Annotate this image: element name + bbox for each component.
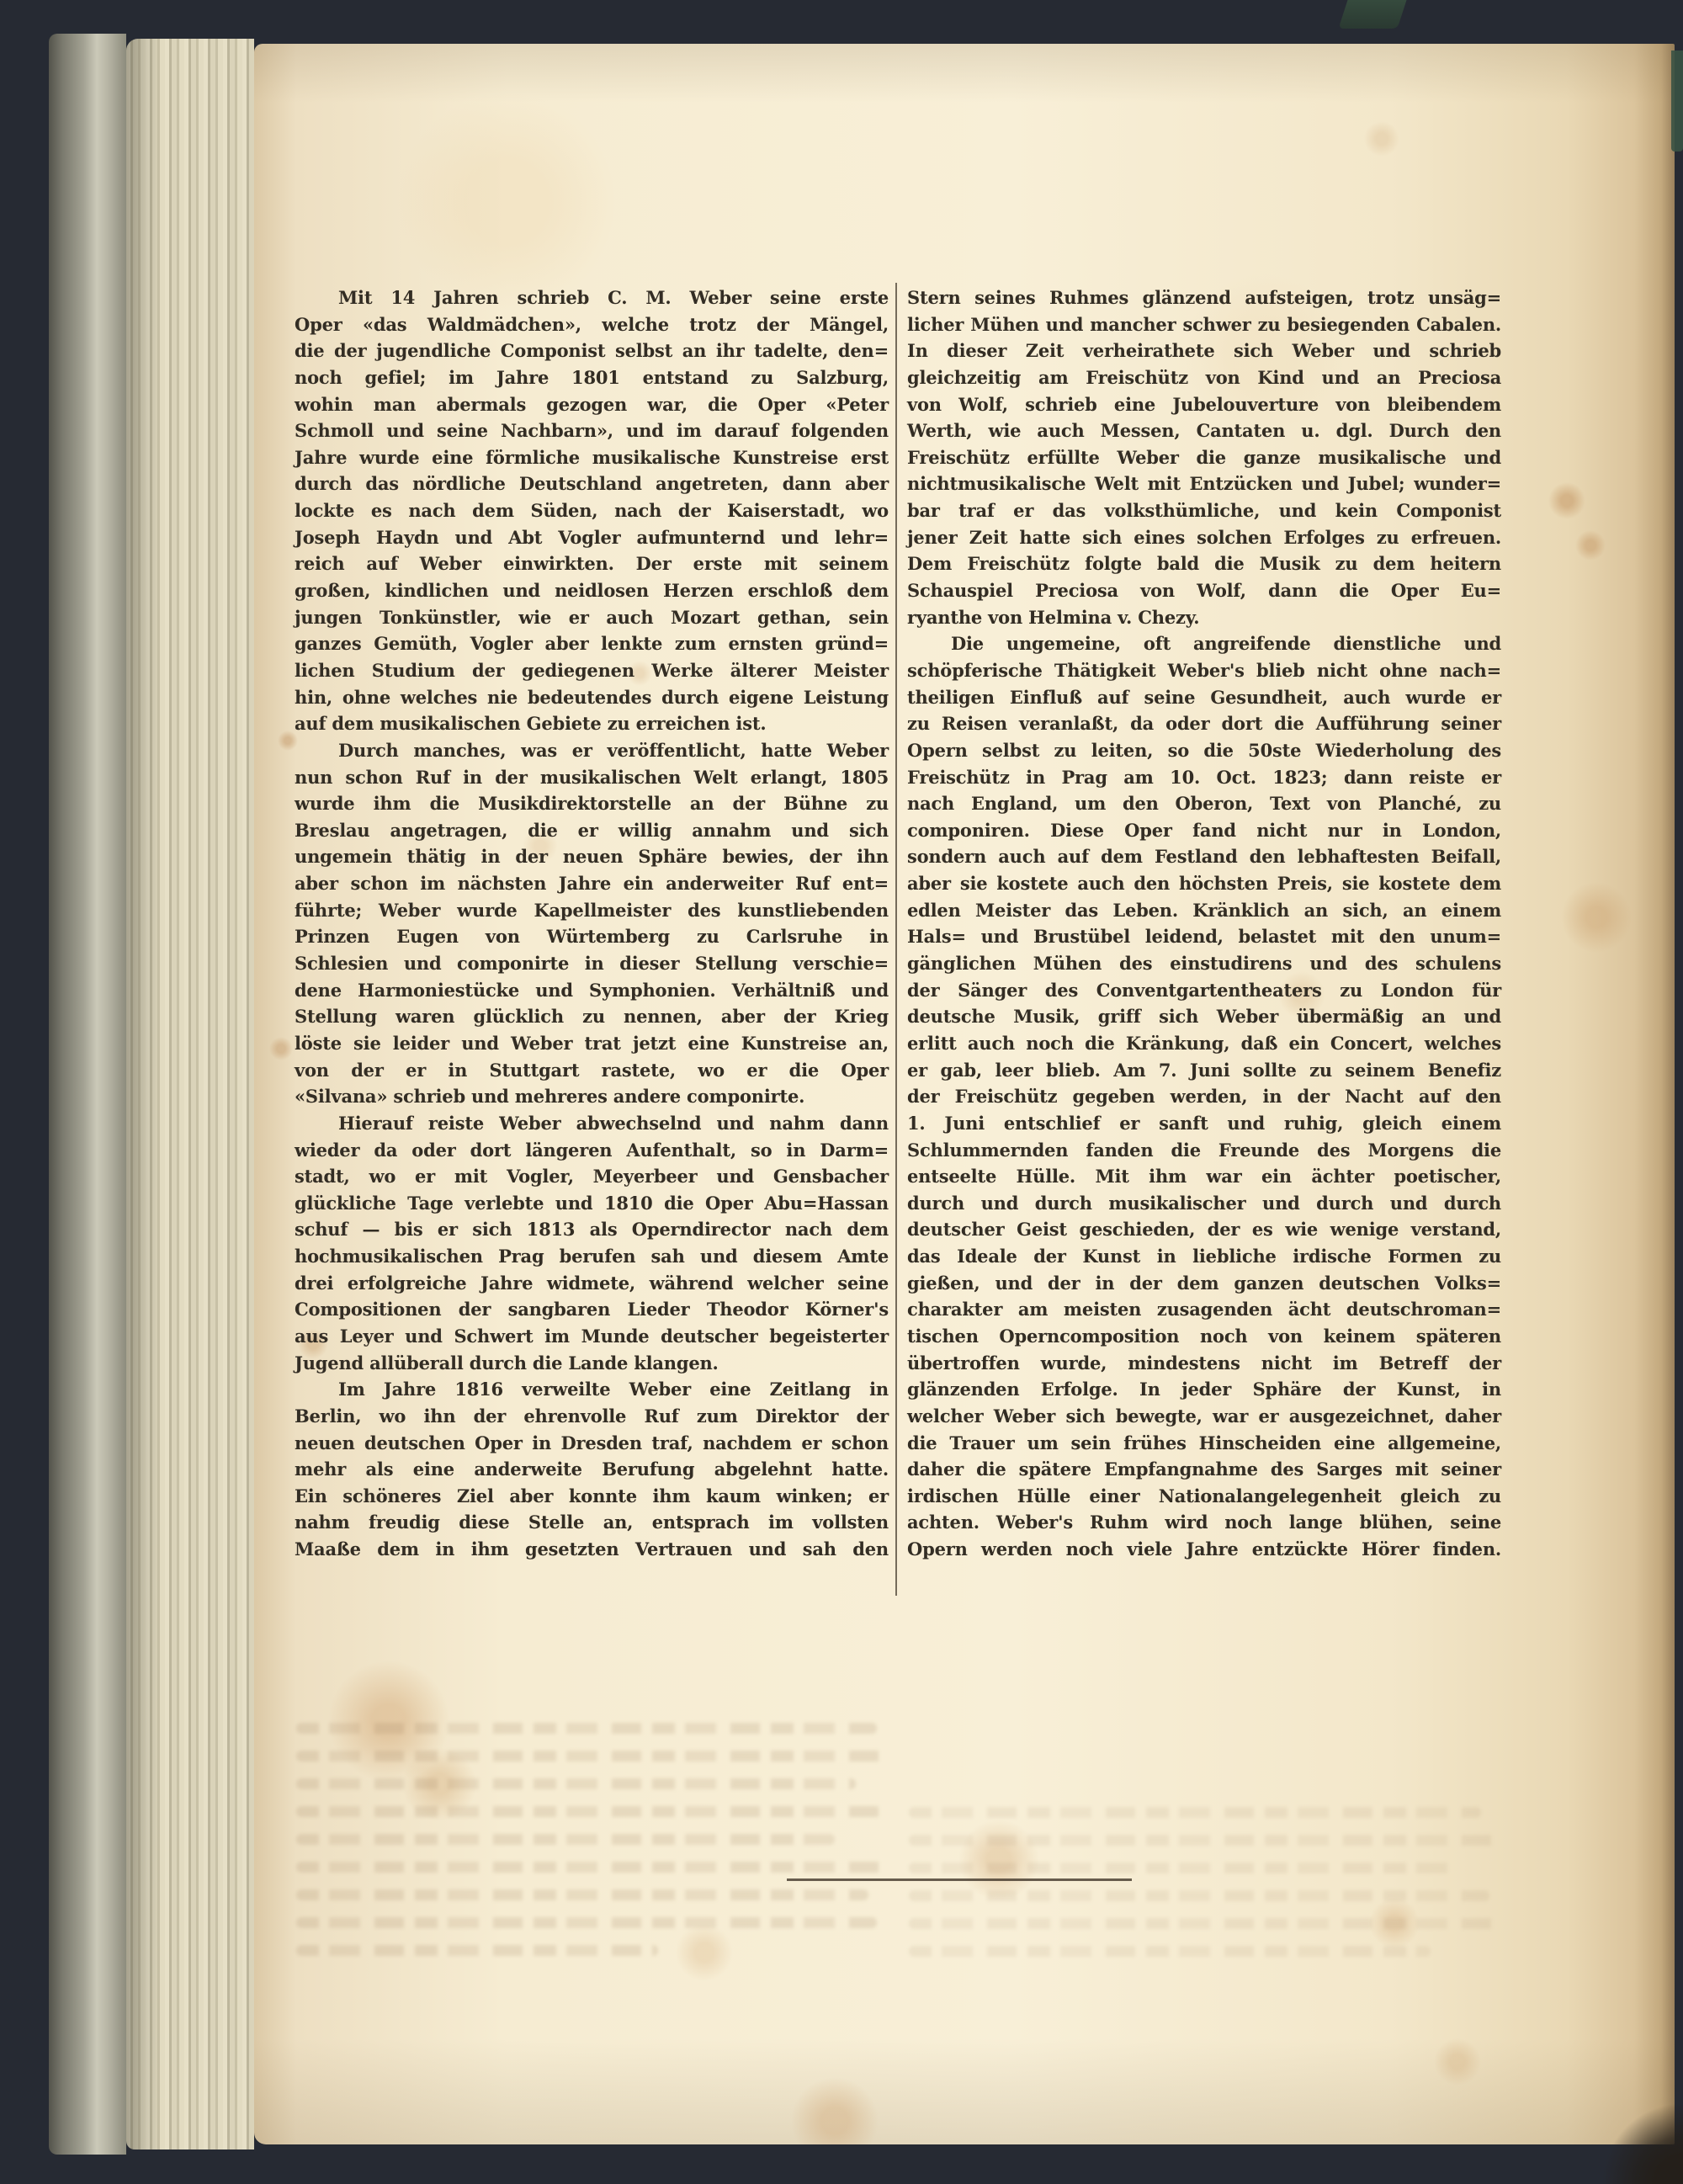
text-line: daher die spätere Empfangnahme des Sarge…: [907, 1456, 1501, 1483]
text-line: durch und durch musikalischer und durch …: [907, 1190, 1501, 1217]
text-line: Dem Freischütz folgte bald die Musik zu …: [907, 550, 1501, 577]
paragraph: Durch manches, was er veröffentlicht, ha…: [295, 737, 889, 1110]
text-line: welcher Weber sich bewegte, war er ausge…: [907, 1403, 1501, 1430]
text-line: Freischütz erfüllte Weber die ganze musi…: [907, 444, 1501, 471]
text-line: theiligen Einfluß auf seine Gesundheit, …: [907, 684, 1501, 711]
ghost-text-line: [909, 1863, 1456, 1873]
text-line: Freischütz in Prag am 10. Oct. 1823; dan…: [907, 764, 1501, 791]
text-line: Berlin, wo ihn der ehrenvolle Ruf zum Di…: [295, 1403, 889, 1430]
text-line: componiren. Diese Oper fand nicht nur in…: [907, 817, 1501, 844]
text-line: von Wolf, schrieb eine Jubelouverture vo…: [907, 391, 1501, 418]
text-line: aber sie kostete auch den höchsten Preis…: [907, 870, 1501, 897]
ghost-text-line: [296, 1751, 885, 1762]
column-divider-rule: [895, 283, 897, 1596]
text-line: glückliche Tage verlebte und 1810 die Op…: [295, 1190, 889, 1217]
cover-cloth-sliver-right: [1671, 50, 1683, 151]
text-line: Opern selbst zu leiten, so die 50ste Wie…: [907, 737, 1501, 764]
ghost-text-line: [909, 1835, 1498, 1846]
text-line: Mit 14 Jahren schrieb C. M. Weber seine …: [295, 284, 889, 311]
text-line: wieder da oder dort längeren Aufenthalt,…: [295, 1137, 889, 1164]
text-line: ganzes Gemüth, Vogler aber lenkte zum er…: [295, 630, 889, 657]
text-line: aus Leyer und Schwert im Munde deutscher…: [295, 1323, 889, 1350]
text-line: sondern auch auf dem Festland den lebhaf…: [907, 843, 1501, 870]
text-column-left: Mit 14 Jahren schrieb C. M. Weber seine …: [295, 284, 889, 1563]
ghost-text-line: [909, 1807, 1481, 1818]
text-line: lichen Studium der gediegenen Werke älte…: [295, 657, 889, 684]
text-line: hin, ohne welches nie bedeutendes durch …: [295, 684, 889, 711]
text-line: achten. Weber's Ruhm wird noch lange blü…: [907, 1509, 1501, 1536]
show-through-text-left: [296, 1723, 885, 1973]
text-line: Ein schöneres Ziel aber konnte ihm kaum …: [295, 1483, 889, 1510]
text-line: entseelte Hülle. Mit ihm war ein ächter …: [907, 1163, 1501, 1190]
text-line: neuen deutschen Oper in Dresden traf, na…: [295, 1430, 889, 1457]
ghost-text-line: [296, 1917, 877, 1928]
text-line: Schauspiel Preciosa von Wolf, dann die O…: [907, 577, 1501, 604]
text-line: lockte es nach dem Süden, nach der Kaise…: [295, 497, 889, 524]
text-line: edlen Meister das Leben. Kränklich an si…: [907, 897, 1501, 924]
text-line: Stellung waren glücklich zu nennen, aber…: [295, 1003, 889, 1030]
text-line: Oper «das Waldmädchen», welche trotz der…: [295, 311, 889, 338]
book-spine-edge: [49, 34, 126, 2155]
text-line: Hierauf reiste Weber abwechselnd und nah…: [295, 1110, 889, 1137]
text-column-right: Stern seines Ruhmes glänzend aufsteigen,…: [907, 284, 1501, 1563]
text-line: nahm freudig diese Stelle an, entsprach …: [295, 1509, 889, 1536]
text-line: bar traf er das volksthümliche, und kein…: [907, 497, 1501, 524]
page-edges-stack: [126, 39, 254, 2149]
text-line: jener Zeit hatte sich eines solchen Erfo…: [907, 524, 1501, 551]
ghost-text-line: [296, 1862, 885, 1873]
text-line: Opern werden noch viele Jahre entzückte …: [907, 1536, 1501, 1563]
cover-cloth-sliver-top: [1338, 0, 1406, 29]
text-line: Prinzen Eugen von Würtemberg zu Carlsruh…: [295, 923, 889, 950]
text-line: charakter am meisten zusagenden ächt deu…: [907, 1296, 1501, 1323]
paragraph: Hierauf reiste Weber abwechselnd und nah…: [295, 1110, 889, 1376]
text-line: jungen Tonkünstler, wie er auch Mozart g…: [295, 604, 889, 631]
text-line: Die ungemeine, oft angreifende dienstlic…: [907, 630, 1501, 657]
text-line: die der jugendliche Componist selbst an …: [295, 337, 889, 364]
text-line: Durch manches, was er veröffentlicht, ha…: [295, 737, 889, 764]
text-line: gleichzeitig am Freischütz von Kind und …: [907, 364, 1501, 391]
text-line: löste sie leider und Weber trat jetzt ei…: [295, 1030, 889, 1057]
show-through-text-right: [909, 1807, 1498, 1974]
text-line: führte; Weber wurde Kapellmeister des ku…: [295, 897, 889, 924]
text-line: wurde ihm die Musikdirektorstelle an der…: [295, 790, 889, 817]
text-line: Joseph Haydn und Abt Vogler aufmunternd …: [295, 524, 889, 551]
ghost-text-line: [296, 1778, 856, 1789]
text-line: erlitt auch noch die Kränkung, daß ein C…: [907, 1030, 1501, 1057]
text-line: Schlummernden fanden die Freunde des Mor…: [907, 1137, 1501, 1164]
text-line: gießen, und der in der dem ganzen deutsc…: [907, 1270, 1501, 1297]
text-line: Im Jahre 1816 verweilte Weber eine Zeitl…: [295, 1376, 889, 1403]
text-line: 1. Juni entschlief er sanft und ruhig, g…: [907, 1110, 1501, 1137]
text-line: glänzenden Erfolge. In jeder Sphäre der …: [907, 1376, 1501, 1403]
text-line: schöpferische Thätigkeit Weber's blieb n…: [907, 657, 1501, 684]
bottom-right-corner-shadow: [1599, 2072, 1683, 2184]
text-line: stadt, wo er mit Vogler, Meyerbeer und G…: [295, 1163, 889, 1190]
text-line: großen, kindlichen und neidlosen Herzen …: [295, 577, 889, 604]
text-line: deutsche Musik, griff sich Weber übermäß…: [907, 1003, 1501, 1030]
text-line: licher Mühen und mancher schwer zu besie…: [907, 311, 1501, 338]
paragraph: Stern seines Ruhmes glänzend aufsteigen,…: [907, 284, 1501, 630]
text-line: ungemein thätig in der neuen Sphäre bewi…: [295, 843, 889, 870]
photo-background: Mit 14 Jahren schrieb C. M. Weber seine …: [0, 0, 1683, 2184]
text-line: Jahre wurde eine förmliche musikalische …: [295, 444, 889, 471]
text-line: nach England, um den Oberon, Text von Pl…: [907, 790, 1501, 817]
text-line: Stern seines Ruhmes glänzend aufsteigen,…: [907, 284, 1501, 311]
text-line: aber schon im nächsten Jahre ein anderwe…: [295, 870, 889, 897]
text-line: noch gefiel; im Jahre 1801 entstand zu S…: [295, 364, 889, 391]
text-line: Compositionen der sangbaren Lieder Theod…: [295, 1296, 889, 1323]
ghost-text-line: [296, 1834, 835, 1845]
text-line: irdischen Hülle einer Nationalangelegenh…: [907, 1483, 1501, 1510]
text-line: «Silvana» schrieb und mehreres andere co…: [295, 1083, 889, 1110]
ghost-text-line: [296, 1723, 877, 1734]
text-line: wohin man abermals gezogen war, die Oper…: [295, 391, 889, 418]
text-line: zu Reisen veranlaßt, da oder dort die Au…: [907, 710, 1501, 737]
text-line: von der er in Stuttgart rastete, wo er d…: [295, 1057, 889, 1084]
text-line: ryanthe von Helmina v. Chezy.: [907, 604, 1501, 631]
ghost-text-line: [296, 1889, 868, 1900]
text-line: Maaße dem in ihm gesetzten Vertrauen und…: [295, 1536, 889, 1563]
text-line: deutscher Geist geschieden, der es wie w…: [907, 1216, 1501, 1243]
text-line: er gab, leer blieb. Am 7. Juni sollte zu…: [907, 1057, 1501, 1084]
ghost-text-line: [909, 1890, 1489, 1901]
text-line: nun schon Ruf in der musikalischen Welt …: [295, 764, 889, 791]
ghost-text-line: [296, 1806, 881, 1817]
text-line: drei erfolgreiche Jahre widmete, während…: [295, 1270, 889, 1297]
text-line: gänglichen Mühen des einstudirens und de…: [907, 950, 1501, 977]
text-line: Hals= und Brustübel leidend, belastet mi…: [907, 923, 1501, 950]
text-line: Jugend allüberall durch die Lande klange…: [295, 1350, 889, 1377]
text-line: durch das nördliche Deutschland angetret…: [295, 470, 889, 497]
text-line: der Freischütz gegeben werden, in der Na…: [907, 1083, 1501, 1110]
text-line: auf dem musikalischen Gebiete zu erreich…: [295, 710, 889, 737]
text-line: der Sänger des Conventgartentheaters zu …: [907, 977, 1501, 1004]
text-line: Schlesien und componirte in dieser Stell…: [295, 950, 889, 977]
ghost-text-line: [296, 1945, 658, 1956]
text-line: dene Harmoniestücke und Symphonien. Verh…: [295, 977, 889, 1004]
ghost-text-line: [909, 1946, 1431, 1957]
text-line: In dieser Zeit verheirathete sich Weber …: [907, 337, 1501, 364]
paragraph: Die ungemeine, oft angreifende dienstlic…: [907, 630, 1501, 1562]
text-line: Werth, wie auch Messen, Cantaten u. dgl.…: [907, 417, 1501, 444]
text-line: die Trauer um sein frühes Hinscheiden ei…: [907, 1430, 1501, 1457]
text-line: reich auf Weber einwirkten. Der erste mi…: [295, 550, 889, 577]
text-line: tischen Operncomposition noch von keinem…: [907, 1323, 1501, 1350]
text-line: schuf — bis er sich 1813 als Operndirect…: [295, 1216, 889, 1243]
text-line: das Ideale der Kunst in liebliche irdisc…: [907, 1243, 1501, 1270]
text-line: mehr als eine anderweite Berufung abgele…: [295, 1456, 889, 1483]
book-page: Mit 14 Jahren schrieb C. M. Weber seine …: [254, 44, 1675, 2144]
text-line: nichtmusikalische Welt mit Entzücken und…: [907, 470, 1501, 497]
ghost-text-line: [909, 1918, 1498, 1929]
paragraph: Mit 14 Jahren schrieb C. M. Weber seine …: [295, 284, 889, 737]
text-line: übertroffen wurde, mindestens nicht im B…: [907, 1350, 1501, 1377]
text-line: Schmoll und seine Nachbarn», und im dara…: [295, 417, 889, 444]
paragraph: Im Jahre 1816 verweilte Weber eine Zeitl…: [295, 1376, 889, 1562]
text-line: Breslau angetragen, die er willig annahm…: [295, 817, 889, 844]
text-line: hochmusikalischen Prag berufen sah und d…: [295, 1243, 889, 1270]
